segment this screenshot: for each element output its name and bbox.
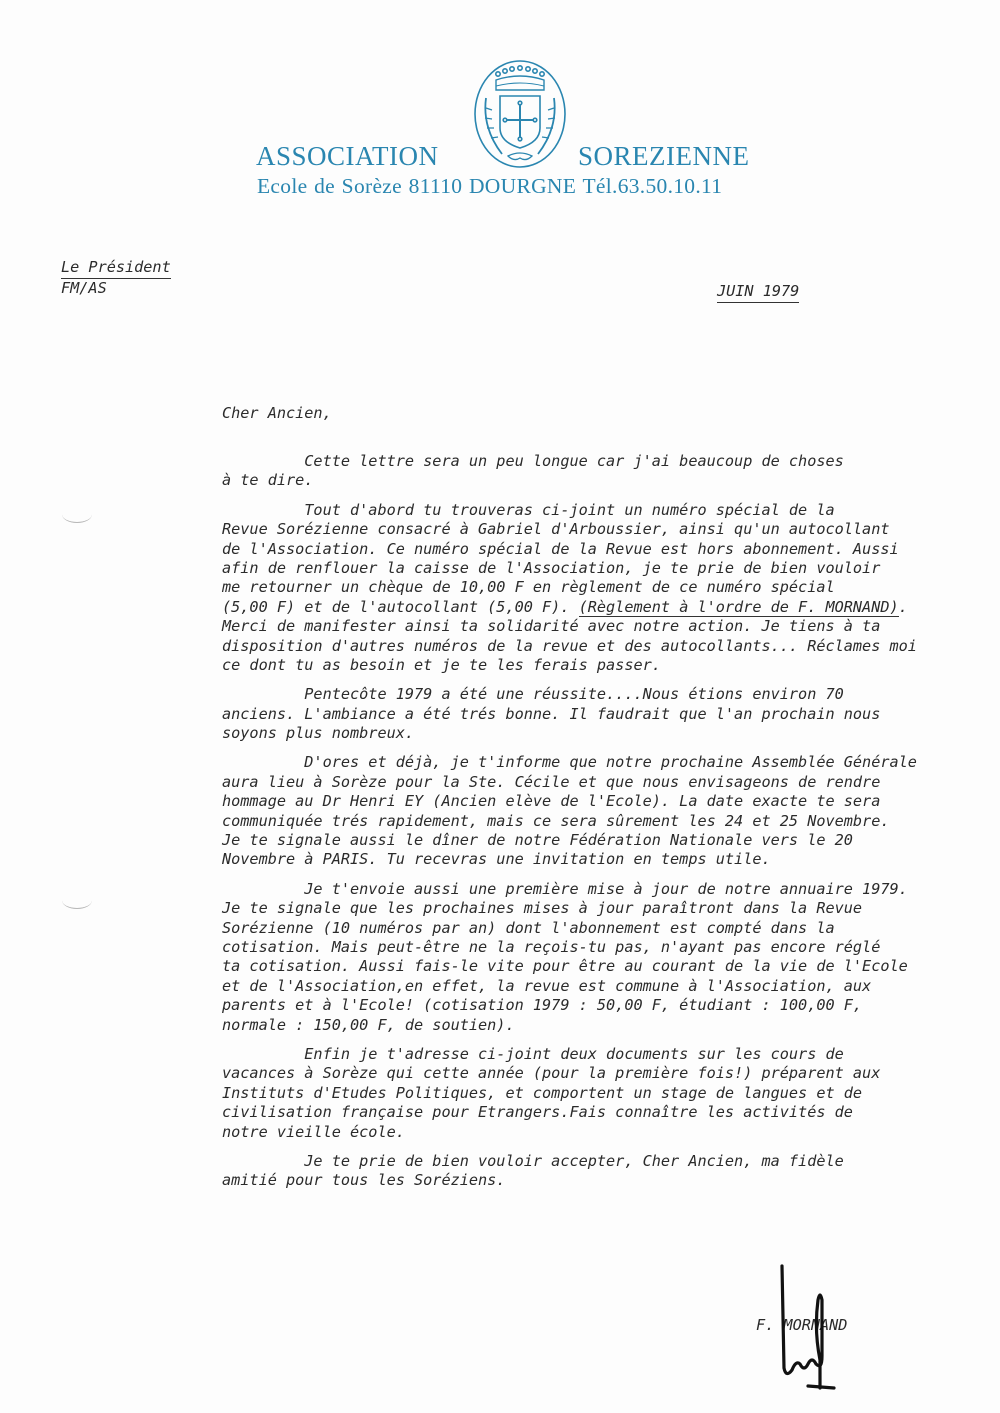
text-line: me retourner un chèque de 10,00 F en règ… <box>222 578 982 597</box>
letter-page: ASSOCIATION SOREZIENNE Ecole de Sorèze 8… <box>0 0 1000 1413</box>
paragraph: D'ores et déjà, je t'informe que notre p… <box>222 753 982 869</box>
sender-block: Le Président FM/AS <box>61 258 171 298</box>
text-line: Je te prie de bien vouloir accepter, Che… <box>222 1152 982 1171</box>
text-line: et de l'Association,en effet, la revue e… <box>222 977 982 996</box>
text-line: normale : 150,00 F, de soutien). <box>222 1016 982 1035</box>
text-line: Je t'envoie aussi une première mise à jo… <box>222 880 982 899</box>
text-line: à te dire. <box>222 471 982 490</box>
paragraph: Cette lettre sera un peu longue car j'ai… <box>222 452 982 491</box>
text-line: Je te signale aussi le dîner de notre Fé… <box>222 831 982 850</box>
text-line: Revue Sorézienne consacré à Gabriel d'Ar… <box>222 520 982 539</box>
text-line: aura lieu à Sorèze pour la Ste. Cécile e… <box>222 773 982 792</box>
sender-reference: FM/AS <box>61 279 107 297</box>
letterhead-name-right: SOREZIENNE <box>578 141 749 172</box>
paragraph: Tout d'abord tu trouveras ci-joint un nu… <box>222 501 982 676</box>
text-line: soyons plus nombreux. <box>222 724 982 743</box>
letter-date: JUIN 1979 <box>717 282 799 303</box>
text-line: (5,00 F) et de l'autocollant (5,00 F). (… <box>222 598 982 617</box>
text-line: parents et à l'Ecole! (cotisation 1979 :… <box>222 996 982 1015</box>
punch-mark <box>62 892 92 909</box>
text-line: ta cotisation. Aussi fais-le vite pour ê… <box>222 957 982 976</box>
handwritten-signature-icon <box>770 1260 860 1400</box>
text-line: anciens. L'ambiance a été trés bonne. Il… <box>222 705 982 724</box>
text-line: Merci de manifester ainsi ta solidarité … <box>222 617 982 636</box>
text-line: Sorézienne (10 numéros par an) dont l'ab… <box>222 919 982 938</box>
letterhead-address: Ecole de Sorèze 81110 DOURGNE Tél.63.50.… <box>257 174 722 199</box>
salutation: Cher Ancien, <box>222 404 332 422</box>
text-line: Instituts d'Etudes Politiques, et compor… <box>222 1084 982 1103</box>
text-line: vacances à Sorèze qui cette année (pour … <box>222 1064 982 1083</box>
text-line: Enfin je t'adresse ci-joint deux documen… <box>222 1045 982 1064</box>
paragraph: Je te prie de bien vouloir accepter, Che… <box>222 1152 982 1191</box>
text-line: notre vieille école. <box>222 1123 982 1142</box>
text-line: communiquée trés rapidement, mais ce ser… <box>222 812 982 831</box>
letter-body: Cette lettre sera un peu longue car j'ai… <box>222 452 982 1201</box>
paragraph: Je t'envoie aussi une première mise à jo… <box>222 880 982 1035</box>
punch-mark <box>62 506 92 523</box>
text-line: Novembre à PARIS. Tu recevras une invita… <box>222 850 982 869</box>
text-line: ce dont tu as besoin et je te les ferais… <box>222 656 982 675</box>
letterhead-name-left: ASSOCIATION <box>256 141 439 172</box>
text-line: Je te signale que les prochaines mises à… <box>222 899 982 918</box>
text-line: Cette lettre sera un peu longue car j'ai… <box>222 452 982 471</box>
text-line: hommage au Dr Henri EY (Ancien elève de … <box>222 792 982 811</box>
text-line: afin de renflouer la caisse de l'Associa… <box>222 559 982 578</box>
text-line: Pentecôte 1979 a été une réussite....Nou… <box>222 685 982 704</box>
paragraph: Pentecôte 1979 a été une réussite....Nou… <box>222 685 982 743</box>
text-line: disposition d'autres numéros de la revue… <box>222 637 982 656</box>
text-line: D'ores et déjà, je t'informe que notre p… <box>222 753 982 772</box>
coat-of-arms-icon <box>472 58 568 170</box>
text-line: civilisation française pour Etrangers.Fa… <box>222 1103 982 1122</box>
paragraph: Enfin je t'adresse ci-joint deux documen… <box>222 1045 982 1142</box>
text-line: Tout d'abord tu trouveras ci-joint un nu… <box>222 501 982 520</box>
text-line: de l'Association. Ce numéro spécial de l… <box>222 540 982 559</box>
text-line: cotisation. Mais peut-être ne la reçois-… <box>222 938 982 957</box>
sender-title: Le Président <box>61 258 171 279</box>
text-line: amitié pour tous les Soréziens. <box>222 1171 982 1190</box>
payment-note: (Règlement à l'ordre de F. MORNAND) <box>579 598 899 617</box>
